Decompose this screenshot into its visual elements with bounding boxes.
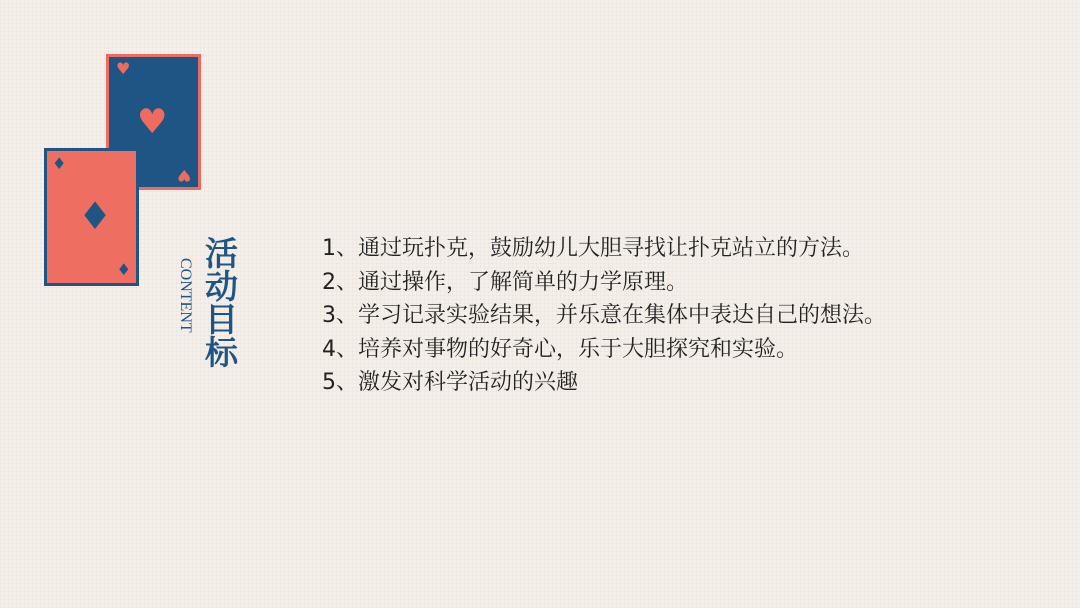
diamond-icon: ♦ xyxy=(52,156,66,172)
section-title: 活动目标 xyxy=(198,236,238,368)
diamond-icon: ♦ xyxy=(78,197,112,235)
playing-card-diamonds: ♦ ♦ ♦ xyxy=(44,148,139,286)
goal-item: 4、培养对事物的好奇心，乐于大胆探究和实验。 xyxy=(322,333,886,367)
goal-item: 5、激发对科学活动的兴趣 xyxy=(322,366,886,400)
section-subtitle: CONTENT xyxy=(176,258,194,333)
goals-list: 1、通过玩扑克，鼓励幼儿大胆寻找让扑克站立的方法。 2、通过操作，了解简单的力学… xyxy=(322,232,886,400)
heart-icon: ♥ xyxy=(177,167,191,183)
goal-item: 3、学习记录实验结果，并乐意在集体中表达自己的想法。 xyxy=(322,299,886,333)
heart-icon: ♥ xyxy=(137,105,167,139)
diamond-icon: ♦ xyxy=(117,262,131,278)
heart-icon: ♥ xyxy=(116,61,130,77)
goal-item: 1、通过玩扑克，鼓励幼儿大胆寻找让扑克站立的方法。 xyxy=(322,232,886,266)
goal-item: 2、通过操作，了解简单的力学原理。 xyxy=(322,266,886,300)
